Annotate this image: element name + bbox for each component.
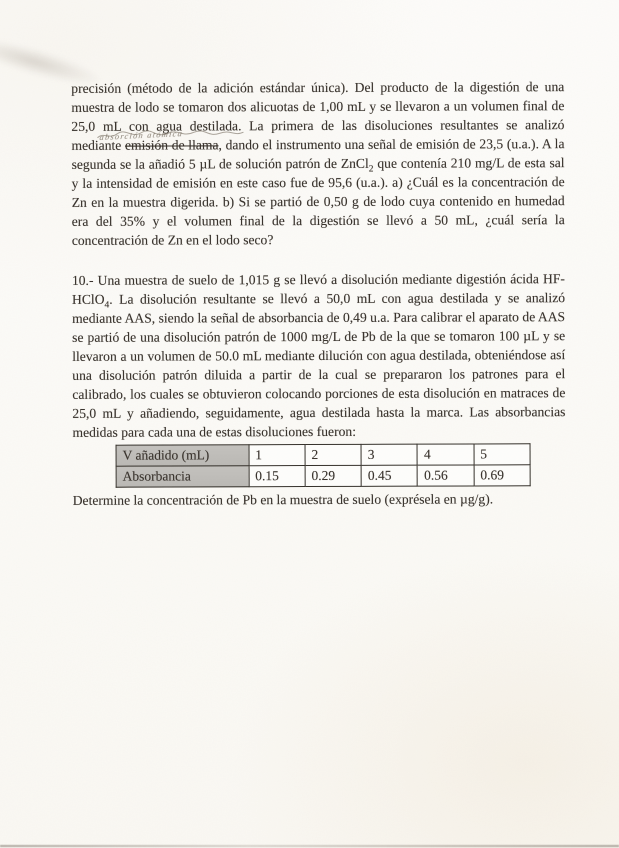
value-cell: 0.29 (305, 465, 361, 486)
document-content: precisión (método de la adición estándar… (71, 77, 566, 510)
value-cell: 3 (361, 444, 417, 465)
scanned-page: precisión (método de la adición estándar… (0, 0, 619, 848)
handwritten-squiggle (95, 127, 245, 142)
row-label-cell: Absorbancia (116, 466, 249, 487)
value-cell: 0.56 (418, 465, 474, 486)
value-cell: 5 (474, 444, 530, 465)
scan-edge-line (0, 845, 619, 847)
value-cell: 0.69 (474, 465, 530, 486)
table-row-v-anadido: V añadido (mL) 1 2 3 4 5 (116, 444, 530, 466)
calibration-table: V añadido (mL) 1 2 3 4 5 Absorbancia 0.1… (116, 443, 531, 487)
value-cell: 0.15 (249, 466, 305, 487)
value-cell: 4 (417, 444, 473, 465)
table-row-absorbancia: Absorbancia 0.15 0.29 0.45 0.56 0.69 (116, 465, 530, 487)
row-label-cell: V añadido (mL) (116, 445, 249, 466)
value-cell: 1 (249, 445, 305, 466)
value-cell: 0.45 (361, 465, 417, 486)
paragraph-2: 10.- Una muestra de suelo de 1,015 g se … (72, 269, 566, 442)
value-cell: 2 (305, 444, 361, 465)
paragraph-2-text-tail: . La disolución resultante se llevó a 50… (72, 290, 565, 440)
closing-line: Determine la concentración de Pb en la m… (73, 489, 566, 510)
struck-text: emisión de llamaabsorción atómica (125, 137, 219, 152)
paragraph-1: precisión (método de la adición estándar… (71, 77, 565, 250)
